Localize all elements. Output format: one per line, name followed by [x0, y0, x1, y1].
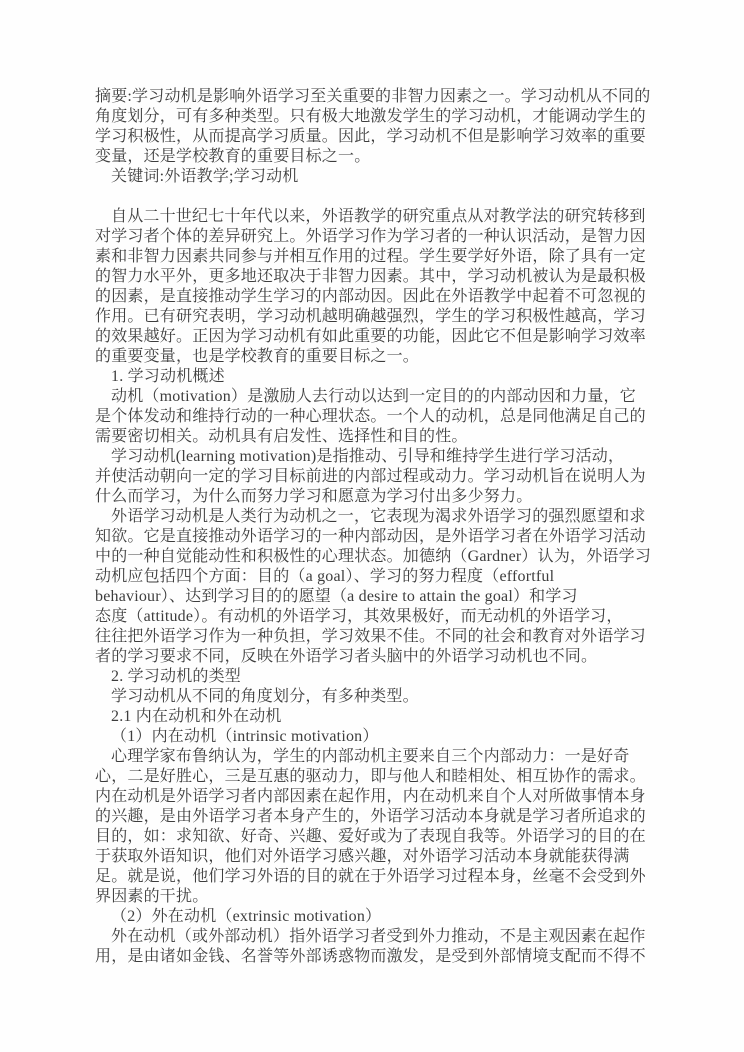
blank-line: [95, 187, 679, 207]
text-line: 动机（motivation）是激励人去行动以达到一定目的的内部动因和力量，它: [95, 387, 679, 407]
text-line: 素和非智力因素共同参与并相互作用的过程。学生要学好外语，除了具有一定: [95, 247, 679, 267]
text-line: 心，二是好胜心，三是互惠的驱动力，即与他人和睦相处、相互协作的需求。: [95, 767, 679, 787]
text-line: 摘要:学习动机是影响外语学习至关重要的非智力因素之一。学习动机从不同的: [95, 87, 679, 107]
text-line: 外在动机（或外部动机）指外语学习者受到外力推动，不是主观因素在起作: [95, 927, 679, 947]
text-line: 学习动机(learning motivation)是指推动、引导和维持学生进行学…: [95, 447, 679, 467]
text-line: 需要密切相关。动机具有启发性、选择性和目的性。: [95, 427, 679, 447]
text-line: 目的，如：求知欲、好奇、兴趣、爱好或为了表现自我等。外语学习的目的在: [95, 827, 679, 847]
text-line: 足。就是说，他们学习外语的目的就在于外语学习过程本身，丝毫不会受到外: [95, 867, 679, 887]
text-line: 学习积极性，从而提高学习质量。因此，学习动机不但是影响学习效率的重要: [95, 127, 679, 147]
text-line: 1. 学习动机概述: [95, 367, 679, 387]
text-line: behaviour）、达到学习目的的愿望（a desire to attain …: [95, 587, 679, 607]
text-line: 对学习者个体的差异研究上。外语学习作为学习者的一种认识活动，是智力因: [95, 227, 679, 247]
text-line: 中的一种自觉能动性和积极性的心理状态。加德纳（Gardner）认为，外语学习: [95, 547, 679, 567]
text-line: 知欲。它是直接推动外语学习的一种内部动因，是外语学习者在外语学习活动: [95, 527, 679, 547]
text-line: 作用。已有研究表明，学习动机越明确越强烈，学生的学习积极性越高，学习: [95, 307, 679, 327]
text-line: 往往把外语学习作为一种负担，学习效果不佳。不同的社会和教育对外语学习: [95, 627, 679, 647]
text-line: 界因素的干扰。: [95, 887, 679, 907]
text-line: 的智力水平外，更多地还取决于非智力因素。其中，学习动机被认为是最积极: [95, 267, 679, 287]
text-line: 是个体发动和维持行动的一种心理状态。一个人的动机，总是同他满足自己的: [95, 407, 679, 427]
text-line: 关键词:外语教学;学习动机: [95, 167, 679, 187]
text-line: 动机应包括四个方面：目的（a goal）、学习的努力程度（effortful: [95, 567, 679, 587]
text-line: 什么而学习，为什么而努力学习和愿意为学习付出多少努力。: [95, 487, 679, 507]
text-line: 并使活动朝向一定的学习目标前进的内部过程或动力。学习动机旨在说明人为: [95, 467, 679, 487]
text-line: 自从二十世纪七十年代以来，外语教学的研究重点从对教学法的研究转移到: [95, 207, 679, 227]
text-line: （2）外在动机（extrinsic motivation）: [95, 907, 679, 927]
text-line: 角度划分，可有多种类型。只有极大地激发学生的学习动机，才能调动学生的: [95, 107, 679, 127]
text-line: 心理学家布鲁纳认为，学生的内部动机主要来自三个内部动力：一是好奇: [95, 747, 679, 767]
text-line: 于获取外语知识，他们对外语学习感兴趣，对外语学习活动本身就能获得满: [95, 847, 679, 867]
text-line: 的因素，是直接推动学生学习的内部动因。因此在外语教学中起着不可忽视的: [95, 287, 679, 307]
text-line: 2.1 内在动机和外在动机: [95, 707, 679, 727]
text-line: （1）内在动机（intrinsic motivation）: [95, 727, 679, 747]
text-line: 用，是由诸如金钱、名誉等外部诱惑物而激发，是受到外部情境支配而不得不: [95, 947, 679, 967]
text-line: 的重要变量，也是学校教育的重要目标之一。: [95, 347, 679, 367]
document-text-body: 摘要:学习动机是影响外语学习至关重要的非智力因素之一。学习动机从不同的角度划分，…: [95, 87, 679, 967]
text-line: 变量，还是学校教育的重要目标之一。: [95, 147, 679, 167]
text-line: 态度（attitude）。有动机的外语学习，其效果极好，而无动机的外语学习，: [95, 607, 679, 627]
text-line: 内在动机是外语学习者内部因素在起作用，内在动机来自个人对所做事情本身: [95, 787, 679, 807]
text-line: 学习动机从不同的角度划分，有多种类型。: [95, 687, 679, 707]
text-line: 者的学习要求不同，反映在外语学习者头脑中的外语学习动机也不同。: [95, 647, 679, 667]
text-line: 的兴趣，是由外语学习者本身产生的，外语学习活动本身就是学习者所追求的: [95, 807, 679, 827]
text-line: 2. 学习动机的类型: [95, 667, 679, 687]
text-line: 的效果越好。正因为学习动机有如此重要的功能，因此它不但是影响学习效率: [95, 327, 679, 347]
text-line: 外语学习动机是人类行为动机之一，它表现为渴求外语学习的强烈愿望和求: [95, 507, 679, 527]
document-page: 摘要:学习动机是影响外语学习至关重要的非智力因素之一。学习动机从不同的角度划分，…: [0, 0, 744, 1052]
